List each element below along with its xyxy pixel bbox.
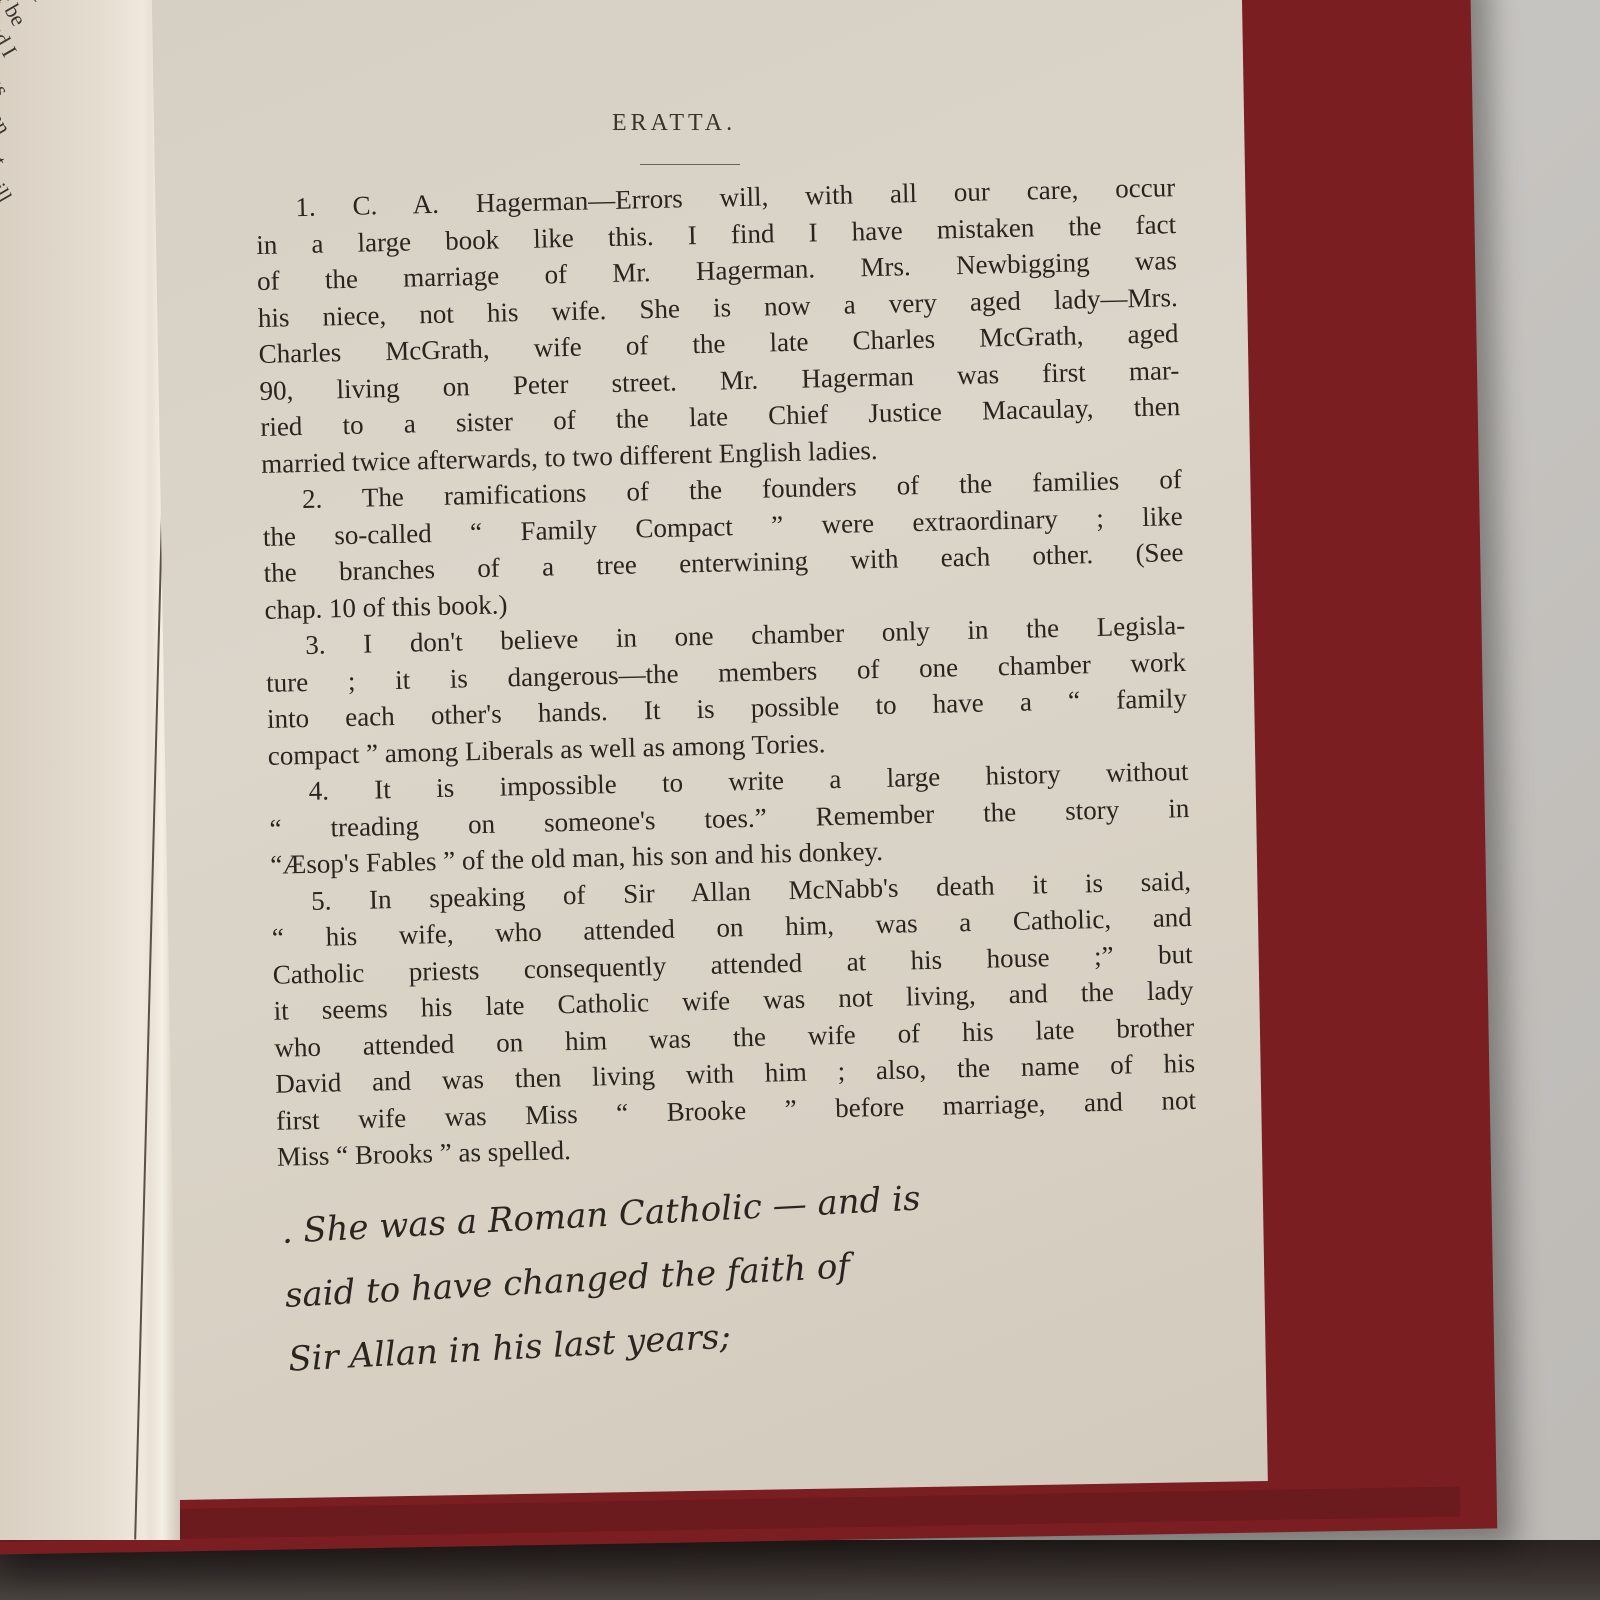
left-fragment: will bbox=[0, 165, 17, 208]
left-fragment: to bbox=[0, 290, 7, 318]
left-fragment: is bbox=[0, 330, 5, 356]
left-fragment: ake bbox=[0, 245, 5, 284]
left-fragment: wer. bbox=[0, 205, 9, 250]
left-page-text: the er be and I ars as e man great will … bbox=[0, 0, 170, 440]
left-page: the er be and I ars as e man great will … bbox=[0, 0, 170, 1540]
errata-item-1: 1. C. A. Hagerman—Errors will, with all … bbox=[255, 169, 1181, 482]
title-rule bbox=[640, 164, 740, 165]
errata-body: 1. C. A. Hagerman—Errors will, with all … bbox=[255, 169, 1197, 1175]
errata-item-4: 4. It is impossible to write a large his… bbox=[268, 753, 1190, 883]
errata-item-3: 3. I don't believe in one chamber only i… bbox=[265, 607, 1188, 774]
errata-item-5: 5. In speaking of Sir Allan McNabb's dea… bbox=[271, 862, 1197, 1175]
page-title: ERATTA. bbox=[612, 110, 736, 137]
errata-item-2: 2. The ramifications of the founders of … bbox=[262, 461, 1185, 628]
